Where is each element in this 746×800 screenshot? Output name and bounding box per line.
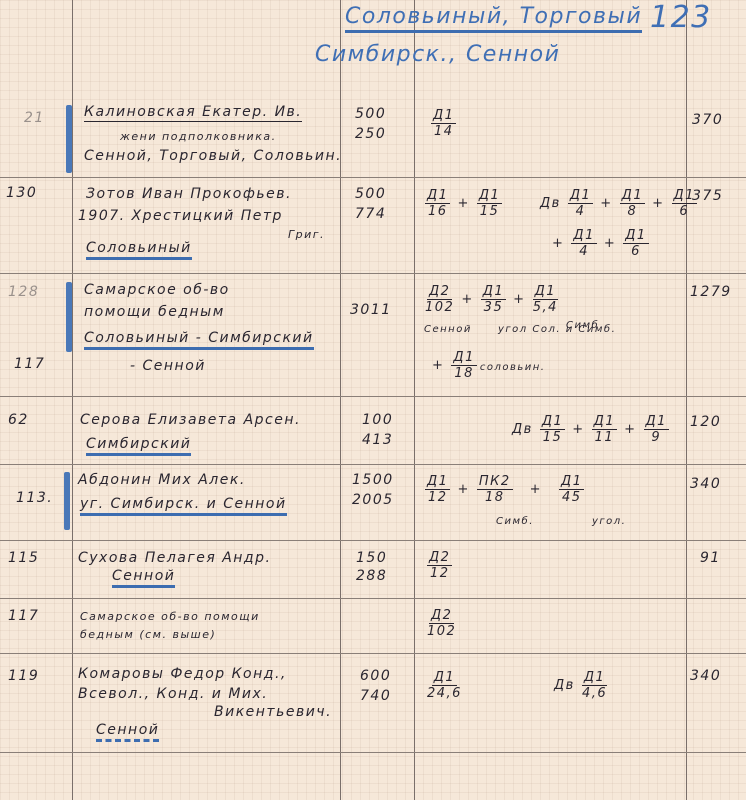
entry-plots: Д116+Д115: [422, 188, 505, 219]
row-divider: [0, 273, 746, 274]
entry-plots: Д112+ПК218+Д145: [422, 474, 587, 505]
entry-number-alt: 117: [14, 356, 45, 372]
row-divider: [0, 653, 746, 654]
entry-number: 128: [8, 284, 39, 300]
row-divider: [0, 540, 746, 541]
entry-total: 91: [700, 550, 721, 566]
row-divider: [0, 598, 746, 599]
entry-plots: Д2102+Д135+Д15,4: [422, 284, 561, 315]
entry-second: 413: [362, 432, 393, 448]
margin-mark: [66, 282, 72, 352]
entry-extra: ДвД14,6: [550, 670, 610, 701]
entry-total: 340: [690, 668, 721, 684]
row-divider: [0, 752, 746, 753]
entry-number: 130: [6, 185, 37, 201]
entry-area: 500: [355, 186, 386, 202]
column-divider: [72, 0, 73, 800]
column-divider: [340, 0, 341, 800]
entry-area: 600: [360, 668, 391, 684]
plot-label: Симб.: [496, 516, 534, 527]
entry-plots-2: +Д118соловьин.: [428, 350, 545, 381]
entry-note: бедным (см. выше): [80, 628, 216, 641]
row-divider: [0, 396, 746, 397]
plot-label: Сенной: [424, 324, 472, 335]
row-divider: [0, 177, 746, 178]
entry-note-2: Викентьевич.: [214, 704, 332, 720]
entry-total: 1279: [690, 284, 732, 300]
column-divider: [686, 0, 687, 800]
page-number: 123: [650, 0, 712, 35]
entry-districts: Сенной: [112, 568, 175, 588]
entry-plots: Д114: [428, 108, 459, 139]
entry-number: 21: [24, 110, 45, 126]
entry-second: 740: [360, 688, 391, 704]
entry-area: 3011: [350, 302, 392, 318]
entry-districts: Соловьиный - Симбирский: [84, 330, 314, 350]
entry-note-2: Григ.: [288, 228, 325, 241]
entry-second: 774: [355, 206, 386, 222]
margin-mark: [66, 105, 72, 173]
entry-name: Комаровы Федор Конд.,: [78, 666, 287, 682]
entry-second: 250: [355, 126, 386, 142]
entry-number: 119: [8, 668, 39, 684]
entry-second: 2005: [352, 492, 394, 508]
entry-extra: ДвД14+Д18+Д16: [536, 188, 700, 219]
margin-mark: [64, 472, 70, 530]
entry-number: 113.: [16, 490, 53, 506]
entry-total: 375: [692, 188, 723, 204]
header-line-1: Соловьиный, Торговый: [345, 4, 642, 33]
entry-plots: Д2102: [424, 608, 459, 639]
row-divider: [0, 464, 746, 465]
entry-extra: ДвД115+Д111+Д19: [508, 414, 672, 445]
entry-districts: Соловьиный: [86, 240, 192, 260]
entry-extra-2: +Д14+Д16: [548, 228, 652, 259]
plot-label: угол.: [592, 516, 626, 527]
entry-total: 370: [692, 112, 723, 128]
entry-note: помощи бедным: [84, 304, 225, 320]
entry-total: 120: [690, 414, 721, 430]
entry-note: Всевол., Конд. и Мих.: [78, 686, 268, 702]
entry-total: 340: [690, 476, 721, 492]
entry-districts: Сенной, Торговый, Соловьин.: [84, 148, 342, 164]
entry-second: 288: [356, 568, 387, 584]
entry-area: 150: [356, 550, 387, 566]
entry-name: Абдонин Мих Алек.: [78, 472, 246, 488]
entry-plots: Д212: [424, 550, 455, 581]
entry-districts: уг. Симбирск. и Сенной: [80, 496, 287, 516]
entry-number: 62: [8, 412, 29, 428]
entry-plots: Д124,6: [424, 670, 465, 701]
entry-name: Сухова Пелагея Андр.: [78, 550, 271, 566]
header-line-2: Симбирск., Сенной: [315, 42, 560, 67]
entry-districts: Сенной: [96, 722, 159, 742]
entry-districts-2: - Сенной: [130, 358, 206, 374]
entry-number: 117: [8, 608, 39, 624]
entry-note: жени подполковника.: [120, 130, 277, 143]
entry-districts: Симбирский: [86, 436, 191, 456]
entry-area: 100: [362, 412, 393, 428]
entry-name: Серова Елизавета Арсен.: [80, 412, 301, 428]
entry-name: Калиновская Екатер. Ив.: [84, 104, 302, 122]
entry-name: Зотов Иван Прокофьев.: [86, 186, 292, 202]
entry-name: Самарское об-во помощи: [80, 610, 260, 623]
plot-label: Симб: [566, 320, 599, 331]
entry-area: 1500: [352, 472, 394, 488]
column-divider: [414, 0, 415, 800]
entry-number: 115: [8, 550, 39, 566]
entry-name: Самарское об-во: [84, 282, 230, 298]
entry-area: 500: [355, 106, 386, 122]
entry-note: 1907. Хрестицкий Петр: [78, 208, 283, 224]
